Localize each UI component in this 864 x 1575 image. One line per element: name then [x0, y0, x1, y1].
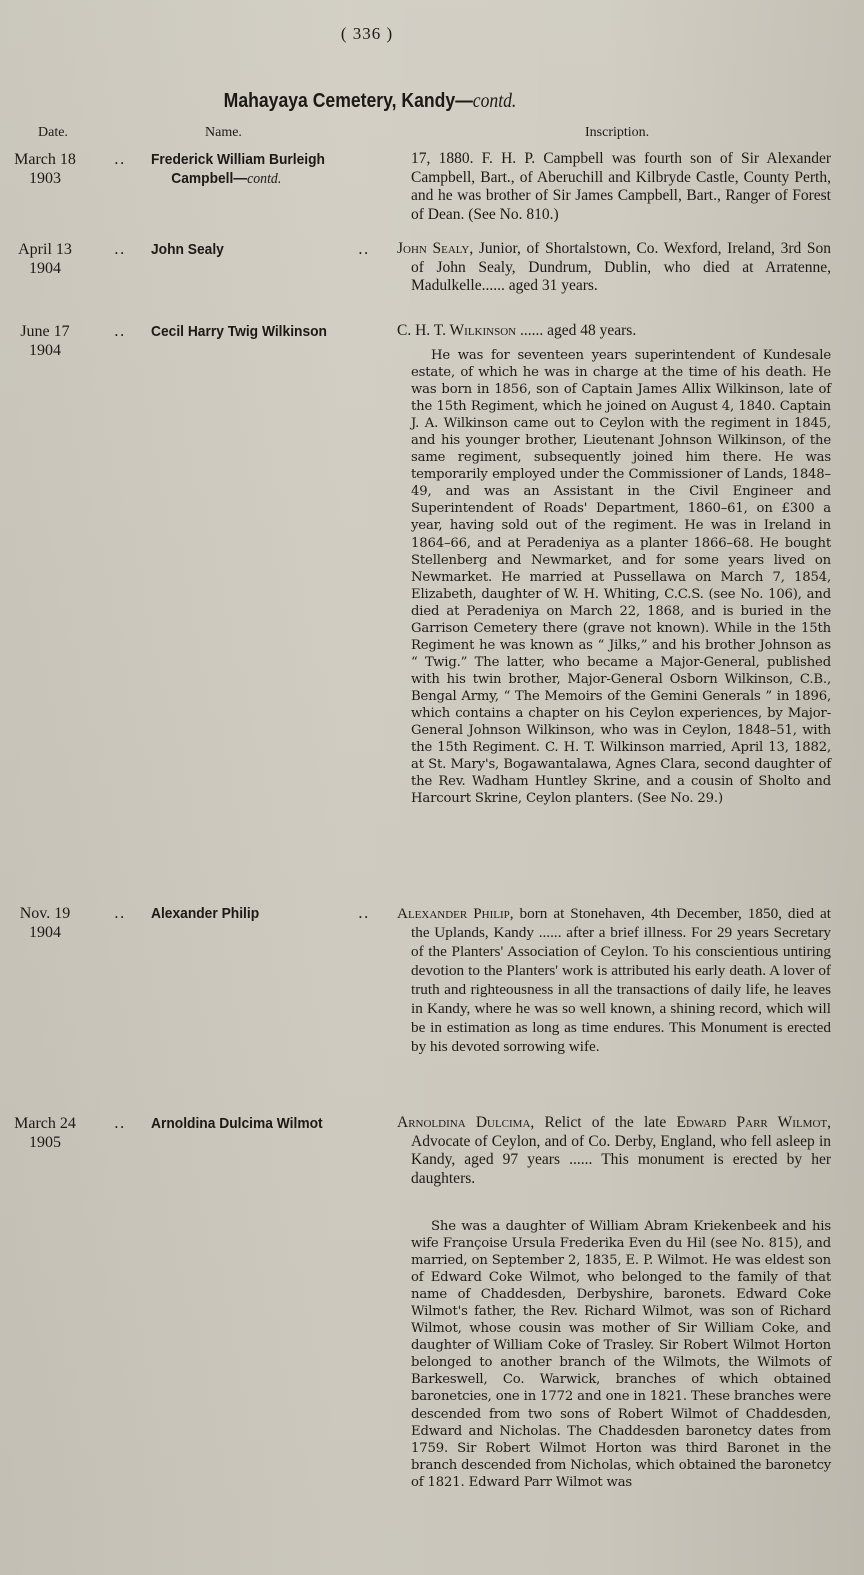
page-title: Mahayaya Cemetery, Kandy—contd.	[44, 90, 695, 113]
entry-date: March 241905	[8, 1114, 82, 1152]
page-number: ( 336 )	[0, 24, 734, 44]
column-header-inscription: Inscription.	[585, 125, 649, 141]
leader-dots: ..	[114, 240, 126, 258]
entry-date: Nov. 191904	[8, 904, 82, 942]
leader-dots: ..	[358, 904, 370, 922]
entry-name: Cecil Harry Twig Wilkinson	[151, 322, 372, 341]
column-header-name: Name.	[205, 125, 242, 141]
leader-dots: ..	[114, 1114, 126, 1132]
entry-inscription: 17, 1880. F. H. P. Campbell was fourth s…	[411, 150, 831, 224]
entry-name: John Sealy	[151, 240, 372, 259]
entry-date: June 171904	[8, 322, 82, 360]
entry-note: She was a daughter of William Abram Krie…	[411, 1218, 831, 1491]
entry-note: He was for seventeen years superintenden…	[411, 347, 831, 807]
entry-name: Frederick William BurleighCampbell—contd…	[151, 150, 372, 189]
leader-dots: ..	[114, 150, 126, 168]
entry-date: March 181903	[8, 150, 82, 188]
entry-inscription: Arnoldina Dulcima, Relict of the late Ed…	[397, 1114, 831, 1188]
book-page: ( 336 ) Mahayaya Cemetery, Kandy—contd. …	[0, 0, 864, 1575]
entry-date: April 131904	[8, 240, 82, 278]
entry-name: Alexander Philip	[151, 904, 372, 923]
leader-dots: ..	[114, 904, 126, 922]
entry-inscription: C. H. T. Wilkinson ...... aged 48 years.	[397, 322, 831, 341]
leader-dots: ..	[114, 322, 126, 340]
entry-inscription: John Sealy, Junior, of Shortalstown, Co.…	[397, 240, 831, 296]
entry-inscription: Alexander Philip, born at Stonehaven, 4t…	[397, 904, 831, 1056]
column-header-date: Date.	[38, 125, 68, 141]
entry-name: Arnoldina Dulcima Wilmot	[151, 1114, 372, 1133]
title-contd: contd.	[473, 90, 517, 112]
leader-dots: ..	[358, 240, 370, 258]
